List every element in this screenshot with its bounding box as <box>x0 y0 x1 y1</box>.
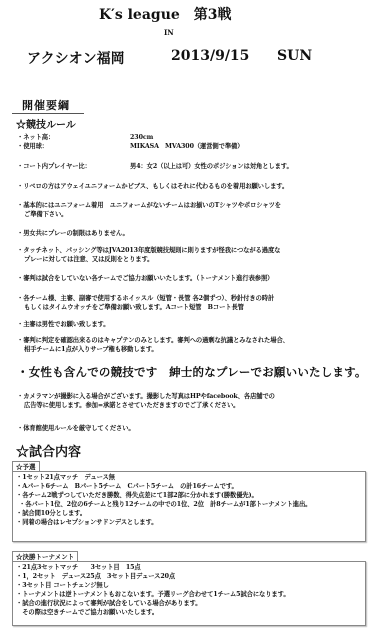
sportsmanship-notice: ・女性も含んでの競技です 紳士的なプレーでお願いいたします。 <box>17 364 367 380</box>
rule-text: ・カメラマンが撮影に入る場合がございます。撮影した写真はHPやfacebook、… <box>17 393 275 400</box>
section-heading-overview: 開催要綱 <box>22 97 70 113</box>
tournament-line: ・21点3セットマッチ 3セット目 15点 <box>13 563 365 572</box>
rule-text-cont: 広告等に使用します。参加=承諾とさせていただきますのでご了承ください。 <box>17 401 275 410</box>
player-ratio-value: 男4：女2（以上は可）女性のポジションは対角とします。 <box>130 162 293 171</box>
rule-item: ・基本的にはユニフォーム着用 ユニフォームがないチームはお揃いのTシャツやポロシ… <box>17 201 281 219</box>
in-label: IN <box>164 28 174 37</box>
venue-name: アクシオン福岡 <box>27 48 125 68</box>
preliminary-line: ・各チーム2戦ずつしていただき勝数、得失点差にて1部2部に分かれます(勝数優先)… <box>13 491 365 500</box>
preliminary-line: ・各パート1位、2位の6チームと残り12チームの中での1位、2位 計8チームが1… <box>13 500 365 509</box>
rule-text: ・審判に判定を確認出来るのはキャプテンのみとします。審判への過剰な抗議とみなされ… <box>17 337 289 344</box>
rule-text: ・各チーム様、主審、副審で使用するホイッスル（短管・長管 各2個ずつ）、秒針付き… <box>17 295 274 302</box>
tournament-box: ・21点3セットマッチ 3セット目 15点 ・1，2セット デュース25点 3セ… <box>12 561 366 626</box>
tournament-line: ・試合の進行状況によって審判が試合をしている場合があります。 <box>13 599 365 608</box>
rule-item: ・主審は男性でお願い致します。 <box>17 320 109 329</box>
rule-text-cont: もしくはタイムウオッチをご準備お願い致します。Aコート短管 Bコート長管 <box>17 303 274 312</box>
preliminary-line: ・1セット21点マッチ デュース無 <box>13 473 365 482</box>
rule-text: ・基本的にはユニフォーム着用 ユニフォームがないチームはお揃いのTシャツやポロシ… <box>17 202 281 209</box>
tournament-line: ・3セット目 コートチェンジ無し <box>13 581 365 590</box>
net-height-value: 230cm <box>130 133 153 142</box>
rule-text: ・男女共にプレーの制限はありません。 <box>17 230 129 237</box>
event-day: SUN <box>277 48 312 64</box>
player-ratio-label: ・コート内プレイヤー比： <box>17 162 91 171</box>
rule-text: ・体育館使用ルールを厳守してください。 <box>17 425 135 432</box>
rule-item: ・審判に判定を確認出来るのはキャプテンのみとします。審判への過剰な抗議とみなされ… <box>17 336 289 354</box>
rule-item: ・リベロの方はアウェイユニフォームかビブス、もしくはそれに代わるものを着用お願い… <box>17 182 288 191</box>
ball-label: ・使用球： <box>17 142 48 151</box>
ball-value: MIKASA MVA300（運営側で準備） <box>130 142 243 151</box>
event-date: 2013/9/15 <box>171 48 249 64</box>
rule-item: ・カメラマンが撮影に入る場合がございます。撮影した写真はHPやfacebook、… <box>17 392 275 410</box>
rules-heading: ☆競技ルール <box>16 116 76 131</box>
rule-item: ・タッチネット、パッシング等はJVA2013年度版競技規則に則りますが怪我につな… <box>17 246 280 264</box>
rule-text-cont: ご準備下さい。 <box>17 210 281 219</box>
preliminary-line: ・同着の場合はレセプションサドンデスとします。 <box>13 518 365 527</box>
rule-text-cont: プレーに対しては注意、又は反則をとります。 <box>17 255 280 264</box>
tournament-line: ・1，2セット デュース25点 3セット目デュース20点 <box>13 572 365 581</box>
rule-item: ・審判は試合をしていない各チームでご協力お願いいたします。（トーナメント進行表参… <box>17 274 273 283</box>
rule-text-cont: 相手チームに1点が入りサーブ権も移動します。 <box>17 345 289 354</box>
heading-divider <box>12 113 84 114</box>
preliminary-box: ・1セット21点マッチ デュース無 ・Aパート6チーム Bパート5チーム Cパー… <box>12 471 366 542</box>
rule-item: ・男女共にプレーの制限はありません。 <box>17 229 129 238</box>
rule-text: ・リベロの方はアウェイユニフォームかビブス、もしくはそれに代わるものを着用お願い… <box>17 183 288 190</box>
rule-item: ・各チーム様、主審、副審で使用するホイッスル（短管・長管 各2個ずつ）、秒針付き… <box>17 294 274 312</box>
preliminary-line: ・Aパート6チーム Bパート5チーム Cパート5チーム の計16チームです。 <box>13 482 365 491</box>
rule-text: ・タッチネット、パッシング等はJVA2013年度版競技規則に則りますが怪我につな… <box>17 247 280 254</box>
preliminary-line: ・試合間10分とします。 <box>13 509 365 518</box>
net-height-label: ・ネット高： <box>17 133 54 142</box>
rule-text: ・主審は男性でお願い致します。 <box>17 321 109 328</box>
tournament-line: その際は空きチームでご協力お願いいたします。 <box>13 608 365 617</box>
event-title: K′s league 第3戦 <box>99 4 232 24</box>
match-heading: ☆試合内容 <box>16 441 81 460</box>
tournament-line: ・トーナメントは逆トーナメントもおこないます。予選リーグ合わせて1チーム5試合に… <box>13 590 365 599</box>
rule-item: ・体育館使用ルールを厳守してください。 <box>17 424 135 433</box>
rule-text: ・審判は試合をしていない各チームでご協力お願いいたします。（トーナメント進行表参… <box>17 275 273 282</box>
